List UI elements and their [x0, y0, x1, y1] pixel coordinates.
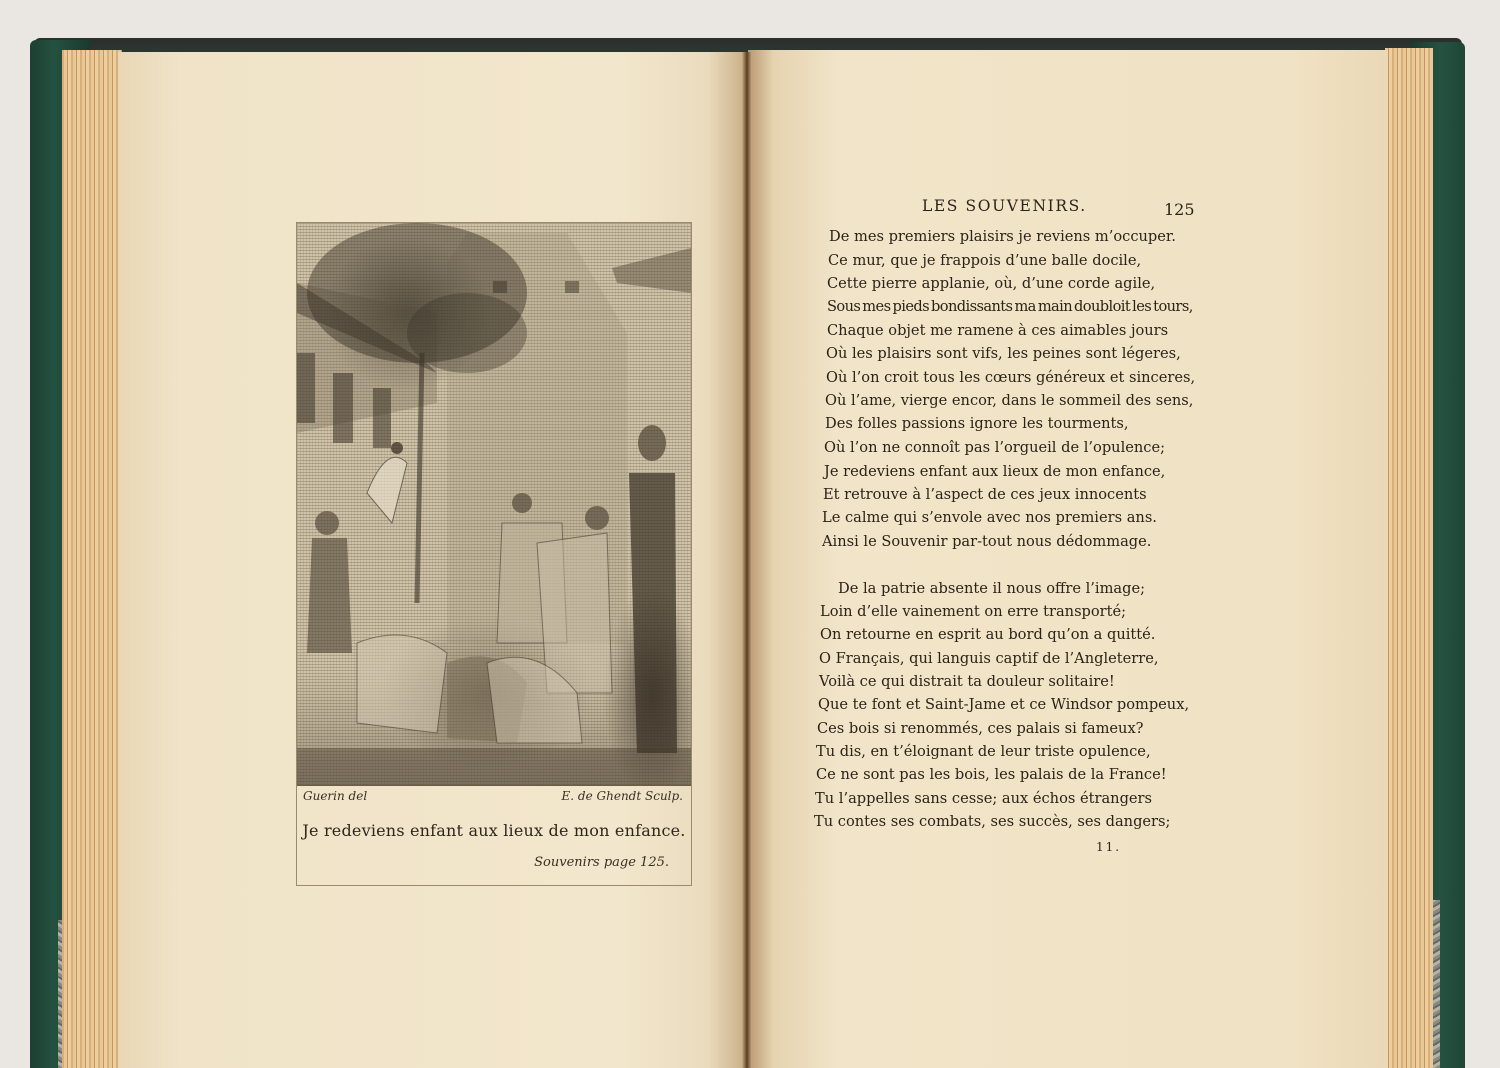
page-edges-left [62, 50, 122, 1068]
verse-line: De mes premiers plaisirs je reviens m’oc… [829, 230, 1176, 245]
engraved-plate: Guerin del E. de Ghendt Sculp. Je redevi… [296, 222, 692, 886]
verse-line: Chaque objet me ramene à ces aimables jo… [827, 324, 1168, 339]
engraver-credit: E. de Ghendt Sculp. [562, 789, 683, 803]
book-photo: Guerin del E. de Ghendt Sculp. Je redevi… [0, 0, 1500, 1068]
verse-line: Où l’on croit tous les cœurs généreux et… [826, 371, 1195, 386]
engraving-illustration [297, 223, 691, 786]
verse-line: De la patrie absente il nous offre l’ima… [838, 582, 1145, 597]
page-edges-right [1385, 48, 1433, 1068]
verse-line: Que te font et Saint-Jame et ce Windsor … [818, 698, 1189, 713]
verse-line: Voilà ce qui distrait ta douleur solitai… [819, 675, 1115, 690]
verse-line: Où l’on ne connoît pas l’orgueil de l’op… [824, 441, 1165, 456]
verse-line: On retourne en esprit au bord qu’on a qu… [820, 628, 1155, 643]
verse-line: Cette pierre applanie, où, d’une corde a… [827, 277, 1155, 292]
book-gutter [742, 52, 752, 1068]
verse-line: Où les plaisirs sont vifs, les peines so… [826, 347, 1181, 362]
signature-mark: 11. [1096, 840, 1121, 854]
engraving-scene-icon [297, 223, 691, 785]
verse-line: Ainsi le Souvenir par-tout nous dédommag… [822, 535, 1151, 550]
running-head: LES SOUVENIRS. [922, 197, 1087, 215]
verse-line: Ces bois si renommés, ces palais si fame… [817, 722, 1144, 737]
verse-line: Loin d’elle vainement on erre transporté… [820, 605, 1126, 620]
page-number: 125 [1164, 200, 1195, 219]
plate-page-reference: Souvenirs page 125. [534, 855, 669, 870]
verse-line: Tu contes ses combats, ses succès, ses d… [814, 815, 1170, 830]
verse-line: Je redeviens enfant aux lieux de mon enf… [824, 465, 1165, 480]
verse-line: Où l’ame, vierge encor, dans le sommeil … [825, 394, 1193, 409]
verse-line: Tu dis, en t’éloignant de leur triste op… [816, 745, 1151, 760]
verse-line: Ce mur, que je frappois d’une balle doci… [828, 254, 1141, 269]
plate-caption: Je redeviens enfant aux lieux de mon enf… [297, 821, 691, 840]
verse-line: Le calme qui s’envole avec nos premiers … [822, 511, 1157, 526]
verse-line: Ce ne sont pas les bois, les palais de l… [816, 768, 1167, 783]
verse-line: Et retrouve à l’aspect de ces jeux innoc… [823, 488, 1147, 503]
verse-line: O Français, qui languis captif de l’Angl… [819, 652, 1159, 667]
verse-line: Des folles passions ignore les tourments… [825, 417, 1129, 432]
verse-line: Sous mes pieds bondissants ma main doubl… [827, 300, 1193, 315]
verse-line: Tu l’appelles sans cesse; aux échos étra… [815, 792, 1152, 807]
artist-credit: Guerin del [303, 789, 367, 803]
